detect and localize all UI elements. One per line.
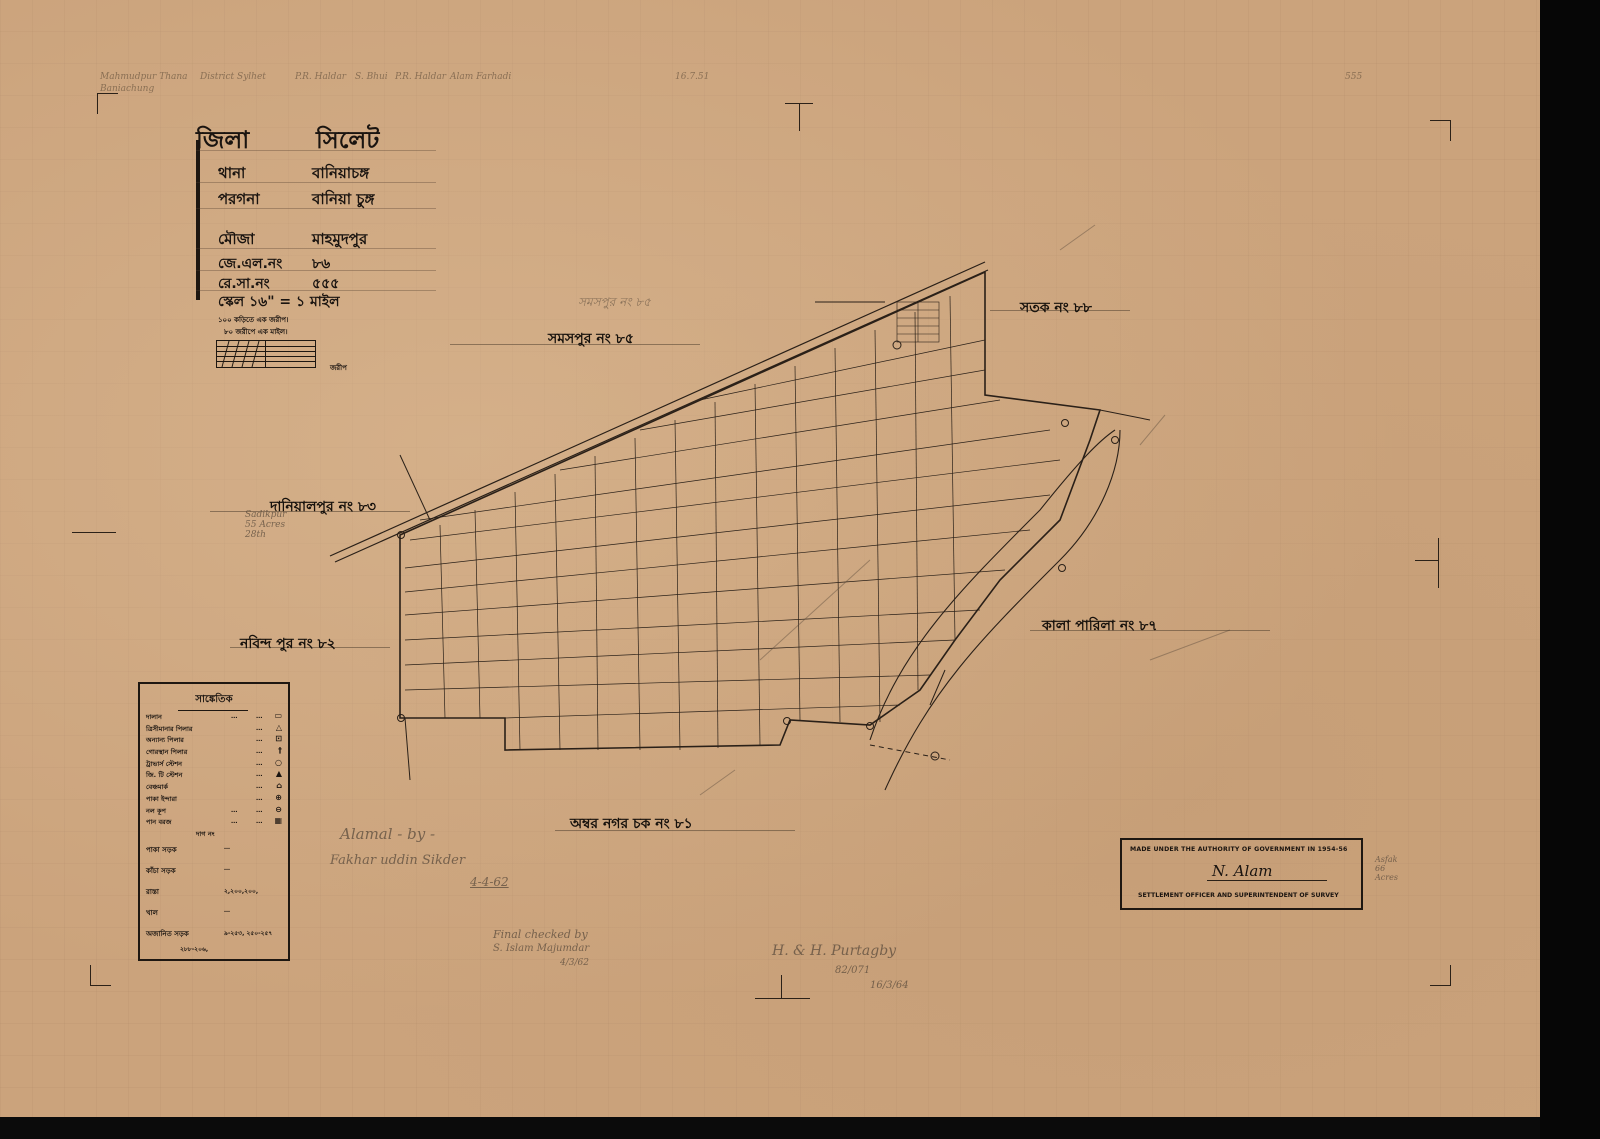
legend-item-benchmark: বেঞ্চমার্ক…⌂ — [146, 782, 284, 794]
road-label: খাল — [146, 909, 158, 917]
road-value: ৯-২৫৩, ২৫০-২৫৭ — [224, 928, 272, 939]
annotation-alamal-1: Alamal - by - — [340, 825, 435, 843]
legend-item-building: দালান……▭ — [146, 712, 284, 724]
circle-station-icon: ○ — [275, 758, 282, 767]
road-item-kutcha: কাঁচা সড়ক… — [146, 865, 284, 886]
well-icon: ⊕ — [275, 793, 282, 802]
neighbor-south: অম্বর নগর চক নং ৮১ — [570, 812, 693, 836]
square-pillar-icon: ⊡ — [275, 734, 282, 743]
legend-box: সাঙ্কেতিক দালান……▭ ত্রিসীমানার পিলার…△ অ… — [138, 682, 290, 961]
roads-extra: ২৮৮-২০৬, — [180, 944, 208, 955]
tube-well-icon: ⊖ — [275, 805, 282, 814]
road-item-canal: খাল… — [146, 907, 284, 928]
legend-item-traverse-station: ট্রাভার্স স্টেশন…○ — [146, 759, 284, 771]
legend-item-other-pillar: অন্যান্য পিলার…⊡ — [146, 735, 284, 747]
road-label: রাস্তা — [146, 888, 159, 896]
neighbor-north: সমসপুর নং ৮৫ — [548, 327, 634, 351]
annotation-alamal-date: 4-4-62 — [470, 875, 509, 889]
legend-item-pucca-well: পাকা ইন্দারা…⊕ — [146, 794, 284, 806]
filled-triangle-icon: ▲ — [276, 769, 282, 778]
legend-items: দালান……▭ ত্রিসীমানার পিলার…△ অন্যান্য পি… — [146, 712, 284, 829]
road-item-pucca: পাকা সড়ক… — [146, 844, 284, 865]
road-label: কাঁচা সড়ক — [146, 867, 176, 875]
annotation-right-margin: Asfak 66 Acres — [1375, 855, 1410, 882]
legend-item-label: অন্যান্য পিলার — [146, 736, 184, 744]
legend-item-label: বেঞ্চমার্ক — [146, 783, 168, 791]
betel-garden-icon: ▦ — [274, 816, 282, 825]
signature-line — [1207, 880, 1327, 881]
road-value: ২,২০০,২০০, — [224, 886, 258, 897]
annotation-hh-1: H. & H. Purtagby — [772, 943, 896, 959]
legend-item-trijunction-pillar: ত্রিসীমানার পিলার…△ — [146, 724, 284, 736]
annotation-final-1: Final checked by — [493, 928, 588, 941]
neighbor-west-lower: নবিন্দ পুর নং ৮২ — [240, 632, 336, 656]
legend-item-label: পাকা ইন্দারা — [146, 795, 177, 803]
legend-title-underline — [178, 710, 248, 711]
triangle-pillar-icon: △ — [276, 723, 282, 732]
road-label: পাকা সড়ক — [146, 846, 177, 854]
road-item-unknown: অজানিত সড়ক৯-২৫৩, ২৫০-২৫৭ — [146, 928, 284, 949]
cross-icon: † — [278, 746, 282, 755]
annotation-hh-2: 82/071 — [835, 965, 870, 976]
legend-item-graveyard-pillar: গোরস্থান পিলার…† — [146, 747, 284, 759]
legend-item-label: পান বরজ — [146, 818, 171, 826]
cadastral-map — [0, 0, 1600, 1139]
annotation-hh-date: 16/3/64 — [870, 980, 909, 991]
legend-item-label: দালান — [146, 713, 162, 721]
building-icon: ▭ — [274, 711, 282, 720]
legend-roads: পাকা সড়ক… কাঁচা সড়ক… রাস্তা২,২০০,২০০, … — [146, 844, 284, 949]
legend-item-label: নল কূপ — [146, 807, 166, 815]
neighbor-north-pencil: সমসপুর নং ৮৫ — [578, 294, 651, 314]
annotation-final-2: S. Islam Majumdar — [493, 943, 589, 954]
certificate-authority-text: MADE UNDER THE AUTHORITY OF GOVERNMENT I… — [1130, 846, 1347, 853]
legend-title: সাঙ্কেতিক — [140, 692, 288, 709]
road-item-path: রাস্তা২,২০০,২০০, — [146, 886, 284, 907]
legend-item-label: ট্রাভার্স স্টেশন — [146, 760, 182, 768]
legend-item-gt-station: জি. টি স্টেশন…▲ — [146, 770, 284, 782]
certificate-box: MADE UNDER THE AUTHORITY OF GOVERNMENT I… — [1120, 838, 1363, 910]
legend-item-label: ত্রিসীমানার পিলার — [146, 725, 192, 733]
certificate-officer-title: SETTLEMENT OFFICER AND SUPERINTENDENT OF… — [1138, 892, 1339, 899]
legend-item-label: জি. টি স্টেশন — [146, 771, 182, 779]
officer-signature: N. Alam — [1212, 862, 1273, 880]
road-label: অজানিত সড়ক — [146, 930, 189, 938]
neighbor-northeast: সতক নং ৮৮ — [1020, 296, 1092, 320]
dag-heading: দাগ নং — [196, 829, 215, 840]
annotation-alamal-2: Fakhar uddin Sikder — [330, 853, 465, 868]
legend-item-label: গোরস্থান পিলার — [146, 748, 187, 756]
benchmark-icon: ⌂ — [276, 781, 282, 790]
legend-item-betel-garden: পান বরজ……▦ — [146, 817, 284, 829]
annotation-final-date: 4/3/62 — [560, 958, 589, 968]
neighbor-east: কালা পারিলা নং ৮৭ — [1042, 614, 1157, 638]
annotation-side-note: Sadikpur 55 Acres 28th — [245, 510, 295, 540]
legend-item-tube-well: নল কূপ……⊖ — [146, 806, 284, 818]
